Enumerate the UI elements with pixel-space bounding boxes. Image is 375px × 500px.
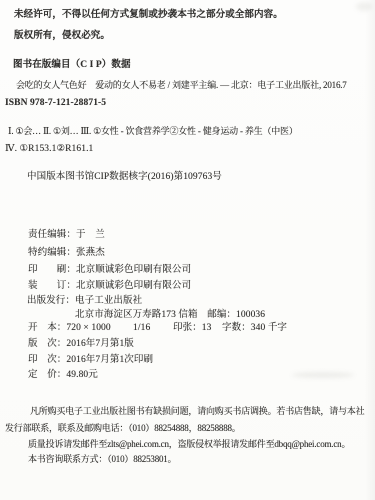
copyright-notice-line: 未经许可，不得以任何方式复制或抄袭本书之部分或全部内容。 xyxy=(14,9,283,21)
book-copyright-page: 未经许可，不得以任何方式复制或抄袭本书之部分或全部内容。 版权所有，侵权必究。 … xyxy=(0,0,375,500)
publisher-line: 出版发行：电子工业出版社 xyxy=(27,295,142,307)
footer-exchange-line-1: 凡所购买电子工业出版社图书有缺损问题，请向购买书店调换。若书店售缺，请与本社 xyxy=(30,405,364,417)
cip-title-line: 会吃的女人气色好 爱动的女人不易老 / 刘建平主编. — 北京：电子工业出版社,… xyxy=(16,79,347,91)
cip-classification-line-1: Ⅰ. ①会… Ⅱ. ①刘… Ⅲ. ①女性 - 饮食营养学②女性 - 健身运动 -… xyxy=(8,125,298,137)
footer-contact-line: 本书咨询联系方式：（010）88253801。 xyxy=(28,453,176,465)
isbn-line: ISBN 978-7-121-28871-5 xyxy=(5,97,106,109)
format-fraction: 1/16 xyxy=(133,322,150,334)
footer-complaint-line: 质量投诉请发邮件至zlts@phei.com.cn，盗版侵权举报请发邮件至dbq… xyxy=(28,438,350,450)
cip-heading: 图书在版编目（C I P）数据 xyxy=(13,59,131,71)
impression-line: 印 次：2016年7月第1次印刷 xyxy=(28,354,153,366)
printer-line: 印 刷：北京顺诚彩色印刷有限公司 xyxy=(28,264,191,276)
price-line: 定 价：49.80元 xyxy=(28,369,98,381)
format-size: 开 本：720 × 1000 xyxy=(28,322,111,334)
sheet-count: 印张：13 xyxy=(173,322,212,334)
footer-exchange-line-2: 发行部联系，联系及邮购电话：（010）88254888，88258888。 xyxy=(5,422,241,434)
special-editor-line: 特约编辑：张燕杰 xyxy=(28,247,105,259)
cip-classification-line-2: Ⅳ. ①R153.1②R161.1 xyxy=(5,143,93,155)
rights-reserved-line: 版权所有，侵权必究。 xyxy=(14,30,110,42)
cip-record-number-line: 中国版本图书馆CIP数据核字(2016)第109763号 xyxy=(27,171,222,183)
edition-line: 版 次：2016年7月第1版 xyxy=(28,338,134,350)
responsible-editor-line: 责任编辑：于 兰 xyxy=(28,229,105,241)
scan-smudge-right-middle xyxy=(292,372,354,378)
word-count: 字数：340 千字 xyxy=(222,322,287,334)
scan-smudge-top-right xyxy=(356,2,372,11)
page-edge-shadow xyxy=(365,0,375,500)
publisher-address-line: 北京市海淀区万寿路173 信箱 邮编：100036 xyxy=(75,309,265,321)
binder-line: 装 订：北京顺诚彩色印刷有限公司 xyxy=(28,280,191,292)
